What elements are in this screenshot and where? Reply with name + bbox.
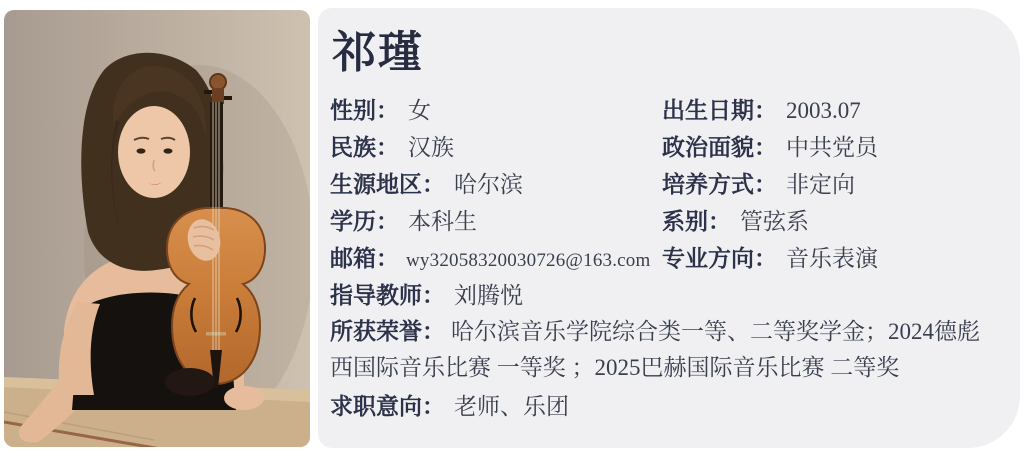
field-ethnicity: 民族： 汉族 — [330, 129, 662, 162]
face — [118, 106, 190, 198]
info-row: 生源地区： 哈尔滨 培养方式： 非定向 — [330, 164, 990, 201]
field-email: 邮箱： wy32058320030726@163.com — [330, 240, 662, 273]
violin-pegbox — [212, 88, 224, 104]
info-row: 邮箱： wy32058320030726@163.com 专业方向： 音乐表演 — [330, 238, 990, 275]
info-row: 求职意向： 老师、乐团 — [330, 386, 990, 423]
field-value: 非定向 — [786, 166, 855, 199]
field-value: 老师、乐团 — [454, 388, 569, 421]
field-political-status: 政治面貌： 中共党员 — [662, 129, 990, 162]
field-value: 女 — [408, 92, 431, 125]
field-origin-region: 生源地区： 哈尔滨 — [330, 166, 662, 199]
field-label: 所获荣誉： — [330, 319, 445, 344]
field-value: 汉族 — [408, 129, 454, 162]
portrait-illustration — [4, 10, 310, 447]
field-label: 性别： — [330, 92, 399, 125]
field-label: 培养方式： — [662, 166, 777, 199]
eye-left — [137, 148, 146, 153]
violin-peg-right — [224, 96, 232, 100]
email-value: wy32058320030726@163.com — [406, 250, 650, 272]
eye-right — [164, 148, 173, 153]
field-label: 专业方向： — [662, 240, 777, 273]
left-hand — [224, 386, 264, 410]
field-label: 邮箱： — [330, 240, 399, 273]
info-row: 指导教师： 刘腾悦 — [330, 275, 990, 312]
field-value: 2003.07 — [786, 98, 861, 124]
field-value: 刘腾悦 — [454, 277, 523, 310]
field-job-intention: 求职意向： 老师、乐团 — [330, 388, 569, 421]
field-value: 本科生 — [408, 203, 477, 236]
field-value: 中共党员 — [786, 129, 878, 162]
field-value: 哈尔滨 — [454, 166, 523, 199]
profile-name: 祁瑾 — [332, 26, 990, 80]
violin-scroll — [210, 74, 226, 90]
field-label: 系别： — [662, 203, 731, 236]
field-label: 出生日期： — [662, 92, 777, 125]
field-department: 系别： 管弦系 — [662, 203, 990, 236]
profile-photo — [4, 10, 310, 447]
profile-info-card: 祁瑾 性别： 女 出生日期： 2003.07 民族： 汉族 政治面貌： 中共党员… — [318, 8, 1020, 448]
field-advisor: 指导教师： 刘腾悦 — [330, 277, 662, 310]
field-label: 指导教师： — [330, 277, 445, 310]
field-gender: 性别： 女 — [330, 92, 662, 125]
field-major: 专业方向： 音乐表演 — [662, 240, 990, 273]
info-row: 性别： 女 出生日期： 2003.07 — [330, 90, 990, 127]
field-honors: 所获荣誉：哈尔滨音乐学院综合类一等、二等奖学金；2024德彪西国际音乐比赛 一等… — [330, 314, 990, 386]
field-label: 生源地区： — [330, 166, 445, 199]
violin-chinrest — [165, 368, 215, 396]
field-birthdate: 出生日期： 2003.07 — [662, 92, 990, 125]
field-label: 求职意向： — [330, 388, 445, 421]
field-value: 管弦系 — [740, 203, 809, 236]
field-label: 学历： — [330, 203, 399, 236]
field-training-mode: 培养方式： 非定向 — [662, 166, 990, 199]
info-row: 学历： 本科生 系别： 管弦系 — [330, 201, 990, 238]
field-value: 音乐表演 — [786, 240, 878, 273]
violin-fingerboard — [210, 102, 223, 224]
field-label: 政治面貌： — [662, 129, 777, 162]
info-row: 民族： 汉族 政治面貌： 中共党员 — [330, 127, 990, 164]
violin-peg-left — [204, 90, 212, 94]
field-label: 民族： — [330, 129, 399, 162]
field-education: 学历： 本科生 — [330, 203, 662, 236]
